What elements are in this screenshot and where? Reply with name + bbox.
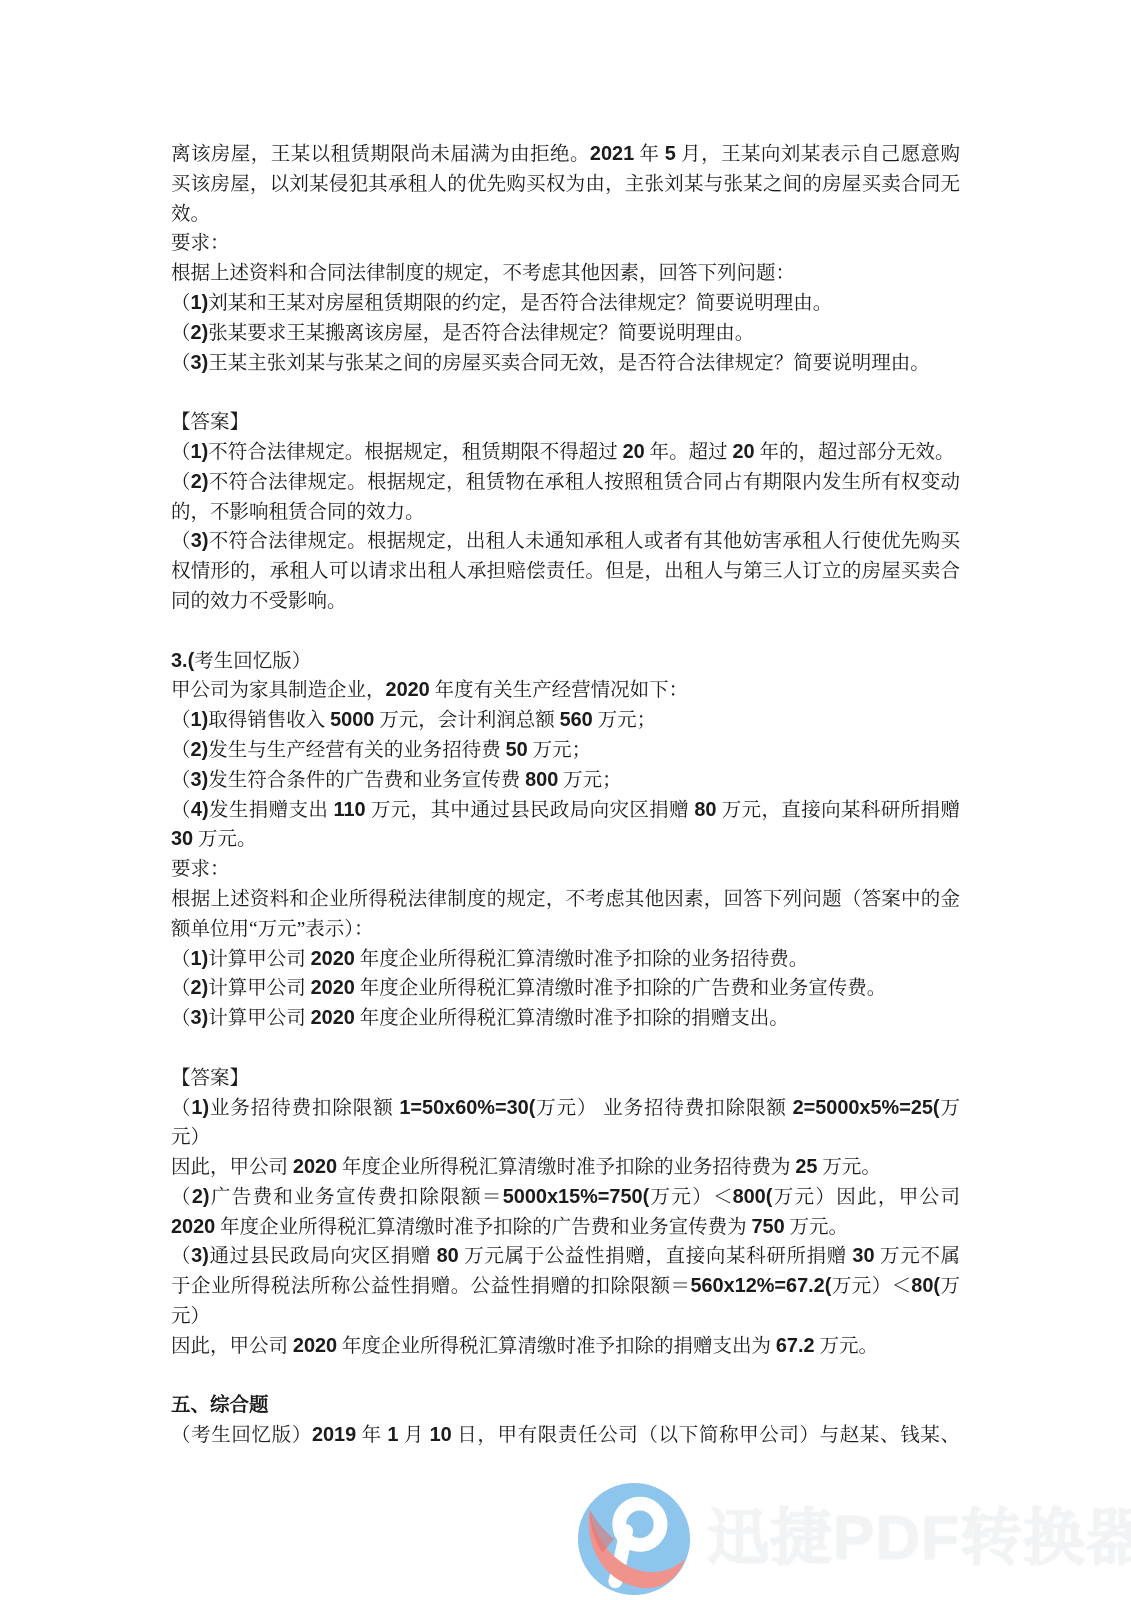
text-run: 于企业所得税法所称公益性捐赠。公益性捐赠的扣除限额＝ — [171, 1276, 690, 1297]
text-line: 甲公司为家具制造企业，2020 年度有关生产经营情况如下： — [171, 676, 960, 706]
text-run: 元） — [171, 1127, 210, 1148]
bold-run: 1=50x60%=30( — [399, 1097, 535, 1119]
text-run: 额单位用“万元”表示）： — [171, 919, 374, 940]
section-heading: 五、综合题 — [171, 1391, 960, 1421]
bold-run: 2020 — [293, 1156, 337, 1178]
text-run: 年 — [634, 144, 665, 165]
text-run: 年。超过 — [645, 442, 733, 463]
bold-run: 5000x15%=750( — [503, 1186, 649, 1208]
bold-run: 1) — [191, 709, 209, 731]
text-run: 因此，甲公司 — [171, 1157, 293, 1178]
bold-run: 30 — [171, 828, 193, 850]
text-run: 万 — [940, 1098, 960, 1119]
bold-run: 3) — [191, 352, 209, 374]
text-run: （ — [171, 740, 191, 761]
text-run: 广告费和业务宣传费扣除限额＝ — [210, 1187, 503, 1208]
text-run: 年的，超过部分无效。 — [755, 442, 955, 463]
text-run: （ — [171, 323, 191, 344]
text-run: 万元。 — [817, 1157, 880, 1178]
bold-run: 30 — [852, 1245, 874, 1267]
bold-run: 1 — [387, 1424, 398, 1446]
text-run: （ — [171, 978, 191, 999]
bold-run: 2) — [191, 322, 209, 344]
bold-run: 3) — [191, 1007, 209, 1029]
bold-run: 20 — [732, 441, 754, 463]
text-run: （ — [171, 1008, 191, 1029]
text-run: 刘某和王某对房屋租赁期限的约定，是否符合法律规定？简要说明理由。 — [208, 293, 832, 314]
text-line: （3)不符合法律规定。根据规定，出租人未通知承租人或者有其他妨害承租人行使优先购… — [171, 527, 960, 557]
text-run: 离该房屋，王某以租赁期限尚未届满为由拒绝。 — [171, 144, 590, 165]
text-run: 根据上述资料和合同法律制度的规定，不考虑其他因素，回答下列问题： — [171, 263, 795, 284]
pdf-converter-logo-icon — [575, 1480, 693, 1598]
bold-run: 2020 — [311, 1007, 355, 1029]
text-run: 同的效力不受影响。 — [171, 591, 347, 612]
bold-run: 2) — [192, 1186, 210, 1208]
text-run: 万元。 — [815, 1336, 878, 1357]
text-run: 元） — [171, 1306, 210, 1327]
text-line: 因此，甲公司 2020 年度企业所得税汇算清缴时准予扣除的业务招待费为 25 万… — [171, 1153, 960, 1183]
text-run: 万元）＜ — [649, 1187, 732, 1208]
text-run: 发生与生产经营有关的业务招待费 — [208, 740, 505, 761]
text-run: 月，王某向刘某表示自己愿意购 — [676, 144, 960, 165]
bold-run: 2019 — [312, 1424, 356, 1446]
bold-run: 10 — [430, 1424, 452, 1446]
text-run: 计算甲公司 — [208, 1008, 310, 1029]
text-line: 元） — [171, 1123, 960, 1153]
text-run: （ — [171, 442, 191, 463]
text-run: 万元； — [558, 770, 621, 791]
text-run: 【答案】 — [171, 412, 249, 433]
text-line: （1)业务招待费扣除限额 1=50x60%=30(万元） 业务招待费扣除限额 2… — [171, 1094, 960, 1124]
text-run: （ — [171, 1098, 191, 1119]
blank-line — [171, 378, 960, 408]
bold-run: 80 — [694, 799, 716, 821]
text-run: （ — [171, 353, 191, 374]
text-run: 年度企业所得税汇算清缴时准予扣除的捐赠支出。 — [355, 1008, 789, 1029]
bold-run: 3.( — [171, 650, 194, 672]
text-line: （1)计算甲公司 2020 年度企业所得税汇算清缴时准予扣除的业务招待费。 — [171, 945, 960, 975]
blank-line — [171, 1034, 960, 1064]
text-run: 的，不影响租赁合同的效力。 — [171, 502, 425, 523]
blank-line — [171, 1362, 960, 1392]
text-line: 根据上述资料和企业所得税法律制度的规定，不考虑其他因素，回答下列问题（答案中的金 — [171, 885, 960, 915]
bold-run: 2=5000x5%=25( — [793, 1097, 940, 1119]
text-run: 万 — [940, 1276, 960, 1297]
text-run: 【答案】 — [171, 1068, 249, 1089]
text-run: 计算甲公司 — [208, 949, 310, 970]
text-run: 考生回忆版） — [194, 651, 311, 672]
bold-run: 20 — [623, 441, 645, 463]
bold-run: 3) — [191, 769, 209, 791]
text-line: （4)发生捐赠支出 110 万元，其中通过县民政局向灾区捐赠 80 万元，直接向… — [171, 796, 960, 826]
text-run: （ — [171, 1246, 191, 1267]
text-run: 张某要求王某搬离该房屋，是否符合法律规定？简要说明理由。 — [208, 323, 754, 344]
text-line: 3.(考生回忆版） — [171, 647, 960, 677]
text-line: （1)刘某和王某对房屋租赁期限的约定，是否符合法律规定？简要说明理由。 — [171, 289, 960, 319]
text-run: 王某主张刘某与张某之间的房屋买卖合同无效，是否符合法律规定？简要说明理由。 — [208, 353, 930, 374]
text-line: 元） — [171, 1302, 960, 1332]
text-run: 发生符合条件的广告费和业务宣传费 — [208, 770, 525, 791]
bold-run: 1) — [191, 1097, 209, 1119]
bold-run: 1) — [191, 948, 209, 970]
text-line: 效。 — [171, 200, 960, 230]
text-line: （3)通过县民政局向灾区捐赠 80 万元属于公益性捐赠，直接向某科研所捐赠 30… — [171, 1242, 960, 1272]
text-line: 2020 年度企业所得税汇算清缴时准予扣除的广告费和业务宣传费为 750 万元。 — [171, 1213, 960, 1243]
document-text-flow: 离该房屋，王某以租赁期限尚未届满为由拒绝。2021 年 5 月，王某向刘某表示自… — [171, 140, 960, 1451]
bold-run: 2) — [191, 471, 209, 493]
text-run: 取得销售收入 — [208, 710, 330, 731]
bold-run: 2020 — [311, 948, 355, 970]
text-run: （ — [171, 800, 191, 821]
text-run: 万元。 — [785, 1217, 848, 1238]
text-line: 额单位用“万元”表示）： — [171, 915, 960, 945]
bold-run: 2020 — [171, 1216, 215, 1238]
bold-run: 750 — [751, 1216, 784, 1238]
text-run: 万元不属 — [875, 1246, 960, 1267]
text-line: （3)发生符合条件的广告费和业务宣传费 800 万元； — [171, 766, 960, 796]
watermark-text: 迅捷PDF转换器 — [707, 1480, 1131, 1598]
bold-run: 5000 — [330, 709, 374, 731]
text-line: 要求： — [171, 229, 960, 259]
text-run: 买该房屋，以刘某侵犯其承租人的优先购买权为由，主张刘某与张某之间的房屋买卖合同无 — [171, 174, 960, 195]
text-run: 发生捐赠支出 — [209, 800, 334, 821]
text-run: （ — [171, 949, 191, 970]
text-run: 万元； — [528, 740, 591, 761]
bold-run: 800( — [733, 1186, 773, 1208]
text-line: 权情形的，承租人可以请求出租人承担赔偿责任。但是，出租人与第三人订立的房屋买卖合 — [171, 557, 960, 587]
text-line: （3)王某主张刘某与张某之间的房屋买卖合同无效，是否符合法律规定？简要说明理由。 — [171, 349, 960, 379]
text-run: 效。 — [171, 204, 210, 225]
text-run: 万元，会计利润总额 — [374, 710, 559, 731]
text-run: 年度企业所得税汇算清缴时准予扣除的广告费和业务宣传费为 — [215, 1217, 751, 1238]
text-run: 万元属于公益性捐赠，直接向某科研所捐赠 — [459, 1246, 853, 1267]
text-line: （2)广告费和业务宣传费扣除限额＝5000x15%=750(万元）＜800(万元… — [171, 1183, 960, 1213]
bold-run: 5 — [665, 143, 676, 165]
text-run: 计算甲公司 — [208, 978, 310, 999]
text-run: 月 — [398, 1425, 429, 1446]
text-run: （ — [171, 1187, 192, 1208]
text-run: 万元； — [593, 710, 656, 731]
text-line: 要求： — [171, 855, 960, 885]
bold-run: 50 — [506, 739, 528, 761]
text-run: 年度有关生产经营情况如下： — [430, 680, 688, 701]
text-line: 于企业所得税法所称公益性捐赠。公益性捐赠的扣除限额＝560x12%=67.2(万… — [171, 1272, 960, 1302]
text-run: （ — [171, 472, 191, 493]
bold-run: 25 — [795, 1156, 817, 1178]
watermark: 迅捷PDF转换器 — [575, 1478, 1131, 1600]
text-run: （考生回忆版） — [171, 1425, 312, 1446]
bold-run: 80( — [911, 1275, 940, 1297]
text-run: 年度企业所得税汇算清缴时准予扣除的业务招待费。 — [355, 949, 808, 970]
bold-run: 2020 — [386, 679, 430, 701]
bold-run: 3) — [191, 530, 209, 552]
text-run: 万元，直接向某科研所捐赠 — [716, 800, 960, 821]
text-line: （2)发生与生产经营有关的业务招待费 50 万元； — [171, 736, 960, 766]
text-line: 离该房屋，王某以租赁期限尚未届满为由拒绝。2021 年 5 月，王某向刘某表示自… — [171, 140, 960, 170]
bold-run: 560 — [560, 709, 593, 731]
bold-run: 2020 — [311, 977, 355, 999]
text-line: （2)张某要求王某搬离该房屋，是否符合法律规定？简要说明理由。 — [171, 319, 960, 349]
bold-run: 560x12%=67.2( — [690, 1275, 831, 1297]
text-run: 不符合法律规定。根据规定，租赁物在承租人按照租赁合同占有期限内发生所有权变动 — [208, 472, 960, 493]
bold-run: 110 — [334, 799, 366, 821]
text-line: 30 万元。 — [171, 825, 960, 855]
text-run: 日，甲有限责任公司（以下简称甲公司）与赵某、钱某、 — [452, 1425, 960, 1446]
text-run: 业务招待费扣除限额 — [209, 1098, 399, 1119]
bold-run: 800 — [525, 769, 558, 791]
text-run: 权情形的，承租人可以请求出租人承担赔偿责任。但是，出租人与第三人订立的房屋买卖合 — [171, 561, 960, 582]
text-run: 根据上述资料和企业所得税法律制度的规定，不考虑其他因素，回答下列问题（答案中的金 — [171, 889, 960, 910]
bold-run: 1) — [191, 441, 209, 463]
text-run: 要求： — [171, 859, 230, 880]
text-run: 年度企业所得税汇算清缴时准予扣除的业务招待费为 — [337, 1157, 795, 1178]
text-run: （ — [171, 531, 191, 552]
text-run: 甲公司为家具制造企业， — [171, 680, 386, 701]
document-page: 离该房屋，王某以租赁期限尚未届满为由拒绝。2021 年 5 月，王某向刘某表示自… — [0, 0, 1131, 1600]
text-line: （考生回忆版）2019 年 1 月 10 日，甲有限责任公司（以下简称甲公司）与… — [171, 1421, 960, 1451]
text-run: 因此，甲公司 — [171, 1336, 293, 1357]
text-line: 根据上述资料和合同法律制度的规定，不考虑其他因素，回答下列问题： — [171, 259, 960, 289]
text-run: 通过县民政局向灾区捐赠 — [209, 1246, 437, 1267]
text-line: （2)不符合法律规定。根据规定，租赁物在承租人按照租赁合同占有期限内发生所有权变… — [171, 468, 960, 498]
text-line: 因此，甲公司 2020 年度企业所得税汇算清缴时准予扣除的捐赠支出为 67.2 … — [171, 1332, 960, 1362]
text-line: 买该房屋，以刘某侵犯其承租人的优先购买权为由，主张刘某与张某之间的房屋买卖合同无 — [171, 170, 960, 200]
text-run: （ — [171, 710, 191, 731]
bold-run: 4) — [191, 799, 209, 821]
text-run: 年度企业所得税汇算清缴时准予扣除的捐赠支出为 — [337, 1336, 776, 1357]
bold-run: 2020 — [293, 1335, 337, 1357]
text-line: 同的效力不受影响。 — [171, 587, 960, 617]
text-line: 的，不影响租赁合同的效力。 — [171, 498, 960, 528]
text-line: 【答案】 — [171, 408, 960, 438]
text-run: 五、综合题 — [171, 1394, 269, 1416]
text-run: 年度企业所得税汇算清缴时准予扣除的广告费和业务宣传费。 — [355, 978, 886, 999]
text-run: 万元）＜ — [831, 1276, 911, 1297]
text-run: 年 — [356, 1425, 387, 1446]
text-run: 万元） 业务招待费扣除限额 — [535, 1098, 792, 1119]
text-run: 不符合法律规定。根据规定，出租人未通知承租人或者有其他妨害承租人行使优先购买 — [208, 531, 960, 552]
text-run: 万元。 — [193, 829, 256, 850]
text-run: 万元）因此，甲公司 — [772, 1187, 960, 1208]
text-line: （2)计算甲公司 2020 年度企业所得税汇算清缴时准予扣除的广告费和业务宣传费… — [171, 974, 960, 1004]
text-line: （1)不符合法律规定。根据规定，租赁期限不得超过 20 年。超过 20 年的，超… — [171, 438, 960, 468]
text-line: 【答案】 — [171, 1064, 960, 1094]
bold-run: 2) — [191, 977, 209, 999]
text-run: （ — [171, 770, 191, 791]
blank-line — [171, 617, 960, 647]
bold-run: 1) — [191, 292, 209, 314]
bold-run: 3) — [191, 1245, 209, 1267]
bold-run: 2) — [191, 739, 209, 761]
text-run: （ — [171, 293, 191, 314]
text-run: 不符合法律规定。根据规定，租赁期限不得超过 — [208, 442, 622, 463]
text-run: 要求： — [171, 233, 230, 254]
bold-run: 67.2 — [776, 1335, 815, 1357]
text-line: （1)取得销售收入 5000 万元，会计利润总额 560 万元； — [171, 706, 960, 736]
bold-run: 2021 — [590, 143, 634, 165]
bold-run: 80 — [437, 1245, 459, 1267]
text-run: 万元，其中通过县民政局向灾区捐赠 — [366, 800, 695, 821]
text-line: （3)计算甲公司 2020 年度企业所得税汇算清缴时准予扣除的捐赠支出。 — [171, 1004, 960, 1034]
